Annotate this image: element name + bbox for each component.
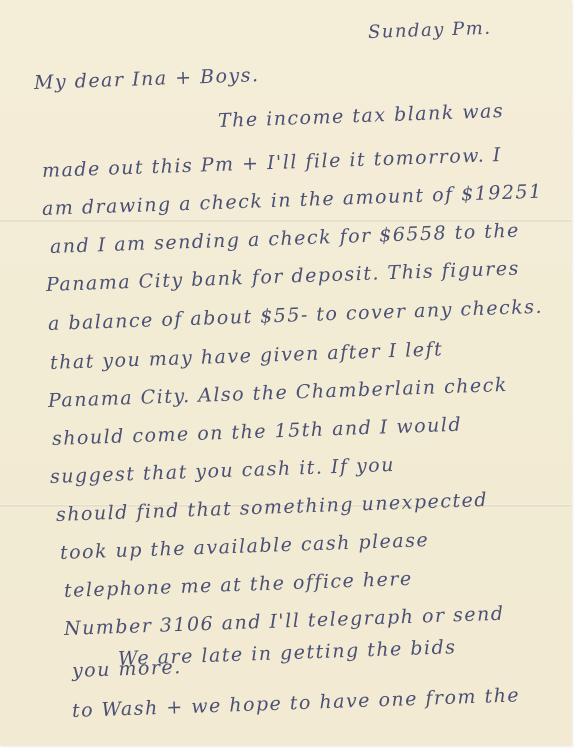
letter-line: suggest that you cash it. If you — [50, 454, 396, 488]
letter-line: that you may have given after I left — [50, 338, 444, 374]
letter-line: a balance of about $55- to cover any che… — [48, 296, 544, 335]
letter-line: The income tax blank was — [218, 100, 505, 132]
letter-line: should come on the 15th and I would — [52, 414, 463, 450]
letter-line: telephone me at the office here — [64, 568, 413, 602]
letter-line: Panama City bank for deposit. This figur… — [46, 257, 520, 296]
letter-line: Panama City. Also the Chamberlain check — [48, 374, 509, 412]
letter-line: took up the available cash please — [60, 529, 430, 564]
salutation: My dear Ina + Boys. — [34, 64, 260, 94]
letter-line: am drawing a check in the amount of $192… — [42, 181, 543, 220]
letter-line: made out this Pm + I'll file it tomorrow… — [42, 144, 503, 182]
letter-line: should find that something unexpected — [56, 489, 489, 526]
letter-line: to Wash + we hope to have one from the — [72, 684, 521, 722]
letter-line: and I am sending a check for $6558 to th… — [50, 220, 521, 258]
letter-line: We are late in getting the bids — [118, 636, 457, 670]
letter-line: Number 3106 and I'll telegraph or send — [64, 603, 505, 640]
letter-page: Sunday Pm. My dear Ina + Boys. The incom… — [0, 0, 572, 746]
dateline: Sunday Pm. — [368, 18, 492, 43]
